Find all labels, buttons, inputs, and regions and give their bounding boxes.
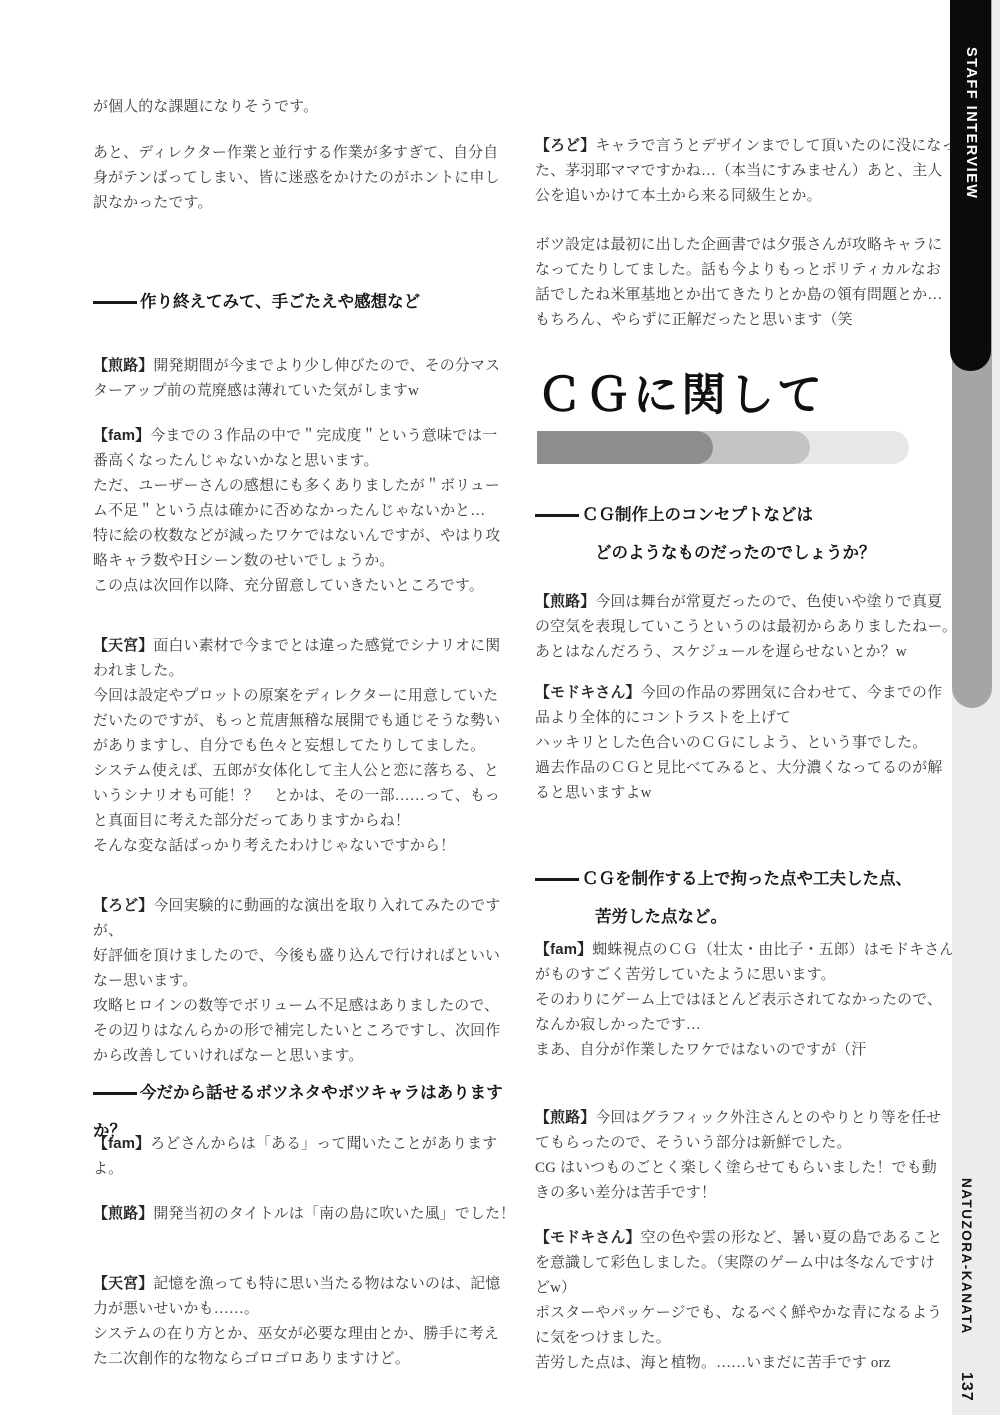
paragraph: 【モドキさん】空の色や雲の形など、暑い夏の島であること を意識して彩色しました。… <box>535 1226 969 1376</box>
question-line: ＣＧを制作する上で拘った点や工夫した点、 <box>535 860 975 898</box>
paragraph-text: が個人的な課題になりそうです。 <box>93 99 318 115</box>
paragraph: 【ろど】今回実験的に動画的な演出を取り入れてみたのですが、 好評価を頂けましたの… <box>93 894 527 1069</box>
magazine-page: { "sidebar": { "staff_label": "STAFF INT… <box>0 0 1000 1415</box>
paragraph: 【fam】蜘蛛視点のＣＧ（壮太・由比子・五郎）はモドキさん がものすごく苦労して… <box>535 938 969 1063</box>
question-text: ＣＧを制作する上で拘った点や工夫した点、 <box>582 870 912 888</box>
paragraph-text: 蜘蛛視点のＣＧ（壮太・由比子・五郎）はモドキさん がものすごく苦労していたように… <box>535 942 954 1058</box>
question-text: ＣＧ制作上のコンセプトなどは <box>582 506 813 524</box>
speaker-tag: 【煎路】 <box>535 594 595 610</box>
paragraph: 【モドキさん】今回の作品の雰囲気に合わせて、今までの作 品より全体的にコントラス… <box>535 681 969 806</box>
paragraph-text: 今回実験的に動画的な演出を取り入れてみたのですが、 好評価を頂けましたので、今後… <box>93 898 500 1064</box>
staff-interview-label: STAFF INTERVIEW <box>963 47 979 199</box>
paragraph-text: ろどさんからは「ある」って聞いたことがありますよ。 <box>93 1136 497 1177</box>
question-text-line2: 苦労した点など。 <box>595 898 975 936</box>
speaker-tag: 【天宮】 <box>93 1276 153 1292</box>
section-title-bars <box>537 431 909 464</box>
paragraph: が個人的な課題になりそうです。 <box>93 95 527 120</box>
paragraph: 【fam】今までの３作品の中で＂完成度＂という意味では一 番高くなったんじゃない… <box>93 424 527 599</box>
paragraph-text: 今回は舞台が常夏だったので、色使いや塗りで真夏 の空気を表現していこうというのは… <box>535 594 957 660</box>
speaker-tag: 【fam】 <box>93 1136 150 1152</box>
paragraph-text: 開発当初のタイトルは「南の島に吹いた風」でした！ <box>153 1206 515 1222</box>
speaker-tag: 【煎路】 <box>93 358 153 374</box>
paragraph-text: 記憶を漁っても特に思い当たる物はないのは、記憶 力が悪いせいかも……。 システム… <box>93 1276 500 1367</box>
paragraph: 【ろど】キャラで言うとデザインまでして頂いたのに没になっ た、茅羽耶ママですかね… <box>535 134 969 209</box>
question-text: 作り終えてみて、手ごたえや感想など <box>140 293 420 311</box>
paragraph-text: 今回はグラフィック外注さんとのやりとり等を任せ てもらったので、そういう部分は新… <box>535 1110 941 1201</box>
speaker-tag: 【天宮】 <box>93 638 153 654</box>
question-heading: 作り終えてみて、手ごたえや感想など <box>93 283 533 321</box>
question-heading: ＣＧを制作する上で拘った点や工夫した点、 苦労した点など。 <box>535 860 975 936</box>
speaker-tag: 【煎路】 <box>535 1110 595 1126</box>
question-line: ＣＧ制作上のコンセプトなどは <box>535 496 975 534</box>
speaker-tag: 【ろど】 <box>93 898 153 914</box>
paragraph: 【煎路】今回はグラフィック外注さんとのやりとり等を任せ てもらったので、そういう… <box>535 1106 969 1206</box>
speaker-tag: 【ろど】 <box>535 138 595 154</box>
paragraph: 【煎路】今回は舞台が常夏だったので、色使いや塗りで真夏 の空気を表現していこうと… <box>535 590 969 665</box>
dash-rule <box>93 301 137 304</box>
question-text-line2: どのようなものだったのでしょうか？ <box>595 534 975 572</box>
page-number: 137 <box>957 1372 975 1402</box>
paragraph-text: ボツ設定は最初に出した企画書では夕張さんが攻略キャラに なってたりしてました。話… <box>535 237 942 328</box>
paragraph-text: 開発期間が今までより少し伸びたので、その分マス ターアップ前の荒廃感は薄れていた… <box>93 358 500 399</box>
speaker-tag: 【fam】 <box>93 428 150 444</box>
paragraph-text: 空の色や雲の形など、暑い夏の島であること を意識して彩色しました。（実際のゲーム… <box>535 1230 942 1371</box>
paragraph: 【煎路】開発期間が今までより少し伸びたので、その分マス ターアップ前の荒廃感は薄… <box>93 354 527 404</box>
paragraph: 【天宮】面白い素材で今までとは違った感覚でシナリオに関 われました。 今回は設定… <box>93 634 527 859</box>
section-title: ＣＧに関して <box>537 358 825 423</box>
dash-rule <box>535 878 579 881</box>
paragraph-text: 今回の作品の雰囲気に合わせて、今までの作 品より全体的にコントラストを上げて ハ… <box>535 685 942 801</box>
paragraph-text: 面白い素材で今までとは違った感覚でシナリオに関 われました。 今回は設定やプロッ… <box>93 638 500 854</box>
dash-rule <box>535 514 579 517</box>
paragraph: あと、ディレクター作業と並行する作業が多すぎて、自分自 身がテンばってしまい、皆… <box>93 141 527 216</box>
paragraph-text: 今までの３作品の中で＂完成度＂という意味では一 番高くなったんじゃないかなと思い… <box>93 428 500 594</box>
paragraph: ボツ設定は最初に出した企画書では夕張さんが攻略キャラに なってたりしてました。話… <box>535 233 969 333</box>
paragraph: 【fam】ろどさんからは「ある」って聞いたことがありますよ。 <box>93 1132 527 1182</box>
decoration-bar-dark <box>537 431 713 464</box>
dash-rule <box>93 1092 137 1095</box>
paragraph: 【天宮】記憶を漁っても特に思い当たる物はないのは、記憶 力が悪いせいかも……。 … <box>93 1272 527 1372</box>
paragraph-text: キャラで言うとデザインまでして頂いたのに没になっ た、茅羽耶ママですかね…（本当… <box>535 138 957 204</box>
game-title-label: NATUZORA-KANATA <box>959 1178 974 1335</box>
question-line: 作り終えてみて、手ごたえや感想など <box>93 283 533 321</box>
paragraph-text: あと、ディレクター作業と並行する作業が多すぎて、自分自 身がテンばってしまい、皆… <box>93 145 500 211</box>
paragraph: 【煎路】開発当初のタイトルは「南の島に吹いた風」でした！ <box>93 1202 527 1227</box>
speaker-tag: 【モドキさん】 <box>535 1230 641 1246</box>
speaker-tag: 【モドキさん】 <box>535 685 641 701</box>
speaker-tag: 【煎路】 <box>93 1206 153 1222</box>
question-heading: ＣＧ制作上のコンセプトなどは どのようなものだったのでしょうか？ <box>535 496 975 572</box>
speaker-tag: 【fam】 <box>535 942 592 958</box>
